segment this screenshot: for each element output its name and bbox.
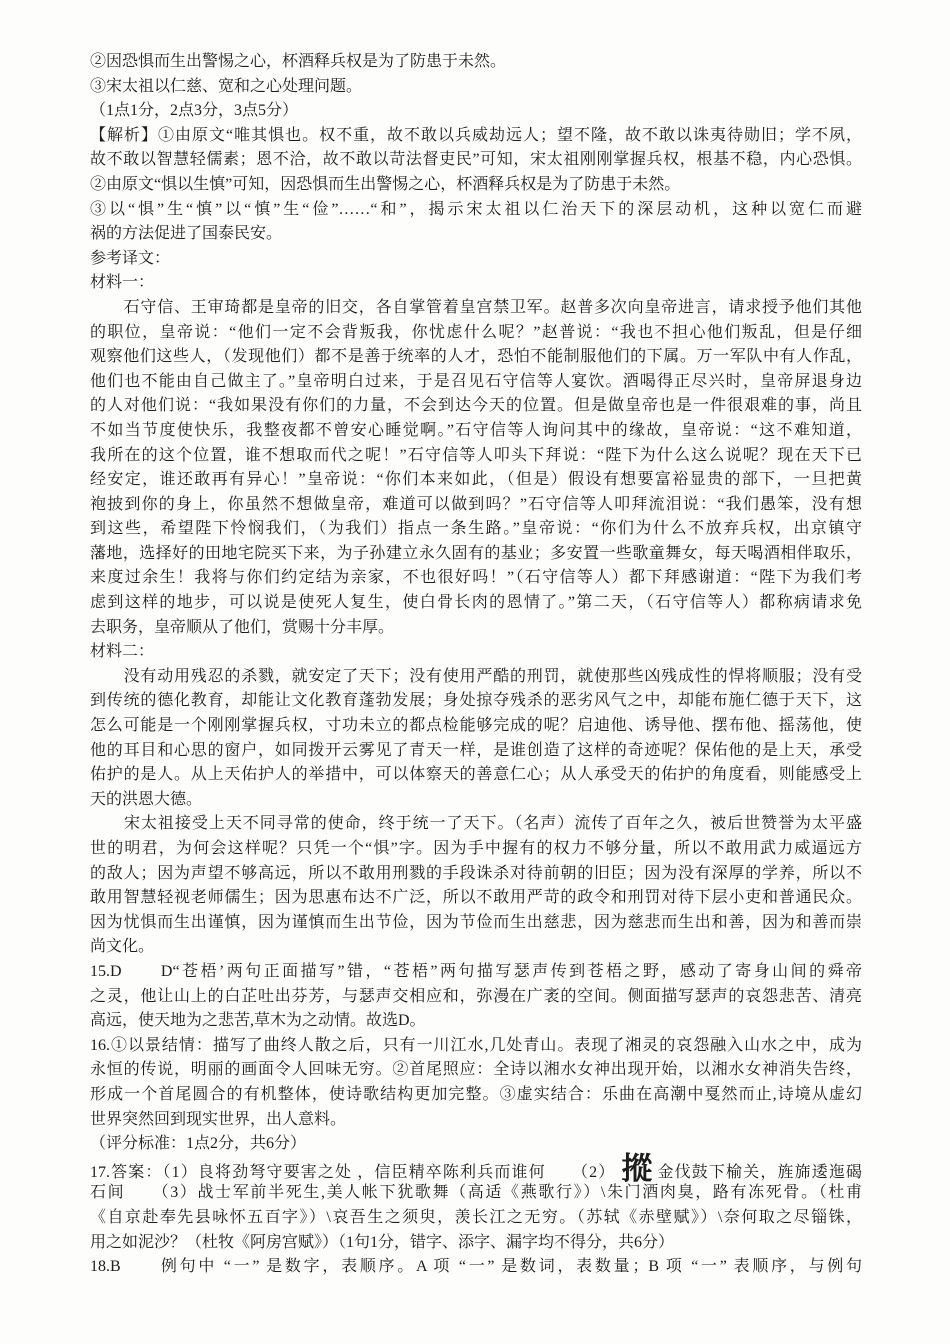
text-line: 的职位，皇帝说：“他们一定不会背叛我，你忧虑什么呢？”赵普说：“我也不担心他们叛…	[90, 321, 862, 346]
text-line: 世界突然回到现实世界，出人意料。	[90, 1108, 862, 1133]
text-line: ③宋太祖以仁慈、宽和之心处理问题。	[90, 75, 862, 100]
text-line: 17.答案：（1）良将劲弩守要害之处 ，信臣精卒陈利兵而谁何 （2）摐金伐鼓下榆…	[90, 1157, 862, 1182]
text-line: 【解析】①由原文“唯其惧也。权不重，故不敢以兵威劫远人；望不隆，故不敢以诛夷待勋…	[90, 124, 862, 149]
text-line: 没有动用残忍的杀戮，就安定了天下；没有使用严酷的刑罚，就使那些凶残成性的悍将顺服…	[90, 665, 862, 690]
text-line: 经安定，谁还敢再有异心！”皇帝说：“你们本来如此，（但是）假设有想要富裕显贵的部…	[90, 468, 862, 493]
text-line: 我所在的这个位置，谁不想取而代之呢！”石守信等人叩头下拜说：“陛下为什么这么说呢…	[90, 444, 862, 469]
text-line: 不如当节度使快乐，我整夜都不曾安心睡觉啊。”石守信等人询问其中的缘故，皇帝说：“…	[90, 419, 862, 444]
text-line: 永恒的传说，明丽的画面令人回味无穷。②首尾照应：全诗以湘水女神出现开始，以湘水女…	[90, 1058, 862, 1083]
text-line: 来度过余生！我将与你们约定结为亲家，不也很好吗！”（石守信等人）都下拜感谢道：“…	[90, 566, 862, 591]
document-body: ②因恐惧而生出警惕之心，杯酒释兵权是为了防患于未然。③宋太祖以仁慈、宽和之心处理…	[90, 50, 862, 1280]
calligraphy-char: 摐	[615, 1157, 656, 1182]
text-segment: 金伐鼓下榆关，旌旆逶迤碣	[656, 1164, 862, 1181]
text-line: 去职务，皇帝顺从了他们，赏赐十分丰厚。	[90, 616, 862, 641]
text-line: 宋太祖接受上天不同寻常的使命，终于统一了天下。（名声）流传了百年之久，被后世赞誉…	[90, 812, 862, 837]
text-line: 佑护的是人。从上天佑护人的举措中，可以体察天的善意仁心；从人承受天的佑护的角度看…	[90, 763, 862, 788]
text-line: 他的耳目和心思的窗户，如同拨开云雾见了青天一样，是谁创造了这样的奇迹呢？保佑他的…	[90, 739, 862, 764]
text-line: 世的明君，为何会这样呢？只凭一个“惧”字。因为手中握有的权力不够分量，所以不敢用…	[90, 837, 862, 862]
text-line: 因为忧惧而生出谨慎，因为谨慎而生出节俭，因为节俭而生出慈悲，因为慈悲而生出和善，…	[90, 911, 862, 936]
text-line: 形成一个首尾圆合的有机整体，使诗歌结构更加完整。③虚实结合：乐曲在高潮中戛然而止…	[90, 1083, 862, 1108]
text-line: 16.①以景结情：描写了曲终人散之后，只有一川江水,几处青山。表现了湘灵的哀怨融…	[90, 1034, 862, 1059]
text-line: 高远，使天地为之悲苦,草木为之动情。故选D。	[90, 1009, 862, 1034]
text-line: 《自京赴奉先县咏怀五百字》）\哀吾生之须臾，羡长江之无穷。（苏轼《赤壁赋》）\奈…	[90, 1206, 862, 1231]
text-segment: 17.答案：（1）良将劲弩守要害之处 ，信臣精卒陈利兵而谁何 （2）	[90, 1164, 615, 1181]
text-line: 材料二：	[90, 640, 862, 665]
text-line: 的人对他们说：“我如果没有你们的力量，不会到达今天的位置。但是做皇帝也是一件很艰…	[90, 394, 862, 419]
text-line: 怎么可能是一个刚刚掌握兵权，寸功未立的都点检能够完成的呢？启迪他、诱导他、摆布他…	[90, 714, 862, 739]
text-line: 用之如泥沙？（杜牧《阿房宫赋》）（1句1分，错字、添字、漏字均不得分，共6分）	[90, 1231, 862, 1256]
text-line: 藩地，选择好的田地宅院买下来，为子孙建立永久固有的基业；多安置一些歌童舞女，每天…	[90, 542, 862, 567]
text-line: 袍披到你的身上，你虽然不想做皇帝，难道可以做到吗？”石守信等人叩拜流泪说：“我们…	[90, 493, 862, 518]
document-page: ②因恐惧而生出警惕之心，杯酒释兵权是为了防患于未然。③宋太祖以仁慈、宽和之心处理…	[0, 0, 950, 1344]
text-line: 观察他们这些人，（发现他们）都不是善于统率的人才，恐怕不能制服他们的下属。万一军…	[90, 345, 862, 370]
text-line: 材料一：	[90, 271, 862, 296]
text-line: 天的洪恩大德。	[90, 788, 862, 813]
text-line: 15.D D“苍梧’两句正面描写”错，“苍梧”两句描写瑟声传到苍梧之野，感动了寄…	[90, 960, 862, 985]
text-line: 他们也不能由自己做主了。”皇帝明白过来，于是召见石守信等人宴饮。酒喝得正尽兴时，…	[90, 370, 862, 395]
text-line: （1点1分，2点3分，3点5分）	[90, 99, 862, 124]
text-line: 敢用智慧轻视老师儒生；因为思惠布达不广泛，所以不敢用严苛的政令和刑罚对待下层小吏…	[90, 886, 862, 911]
text-line: 18.B 例句中 “一” 是数字，表顺序。A 项 “一” 是数词，表数量；B 项…	[90, 1255, 862, 1280]
text-line: 尚文化。	[90, 935, 862, 960]
text-line: 石守信、王审琦都是皇帝的旧交，各自掌管着皇宫禁卫军。赵普多次向皇帝进言，请求授予…	[90, 296, 862, 321]
text-line: 参考译文：	[90, 247, 862, 272]
text-line: 之灵，他让山上的白芷吐出芬芳，与瑟声交相应和，弥漫在广袤的空间。侧面描写瑟声的哀…	[90, 985, 862, 1010]
text-line: ③以“惧”生“慎”以“慎”生“俭”……“和”，揭示宋太祖以仁治天下的深层动机，这…	[90, 198, 862, 223]
text-line: ②由原文“惧以生慎”可知，因恐惧而生出警惕之心，杯酒释兵权是为了防患于未然。	[90, 173, 862, 198]
text-line: 到传统的德化教育，却能让文化教育蓬勃发展；身处掠夺残杀的恶劣风气之中，却能布施仁…	[90, 689, 862, 714]
text-line: （评分标准：1点2分，共6分）	[90, 1132, 862, 1157]
text-line: 祸的方法促进了国泰民安。	[90, 222, 862, 247]
text-line: 故不敢以智慧轻儒素；恩不洽，故不敢以苛法督吏民”可知，宋太祖刚刚掌握兵权，根基不…	[90, 148, 862, 173]
text-line: ②因恐惧而生出警惕之心，杯酒释兵权是为了防患于未然。	[90, 50, 862, 75]
text-line: 虑到这样的地步，可以说是使死人复生，使白骨长肉的恩情了。”第二天，（石守信等人）…	[90, 591, 862, 616]
text-line: 的敌人；因为声望不够高远，所以不敢用刑戮的手段诛杀对待前朝的旧臣；因为没有深厚的…	[90, 862, 862, 887]
text-line: 石间 （3）战士军前半死生,美人帐下犹歌舞（高适《燕歌行》）\朱门酒肉臭，路有冻…	[90, 1181, 862, 1206]
text-line: 到这些，希望陛下怜悯我们，（为我们）指点一条生路。”皇帝说：“你们为什么不放弃兵…	[90, 517, 862, 542]
